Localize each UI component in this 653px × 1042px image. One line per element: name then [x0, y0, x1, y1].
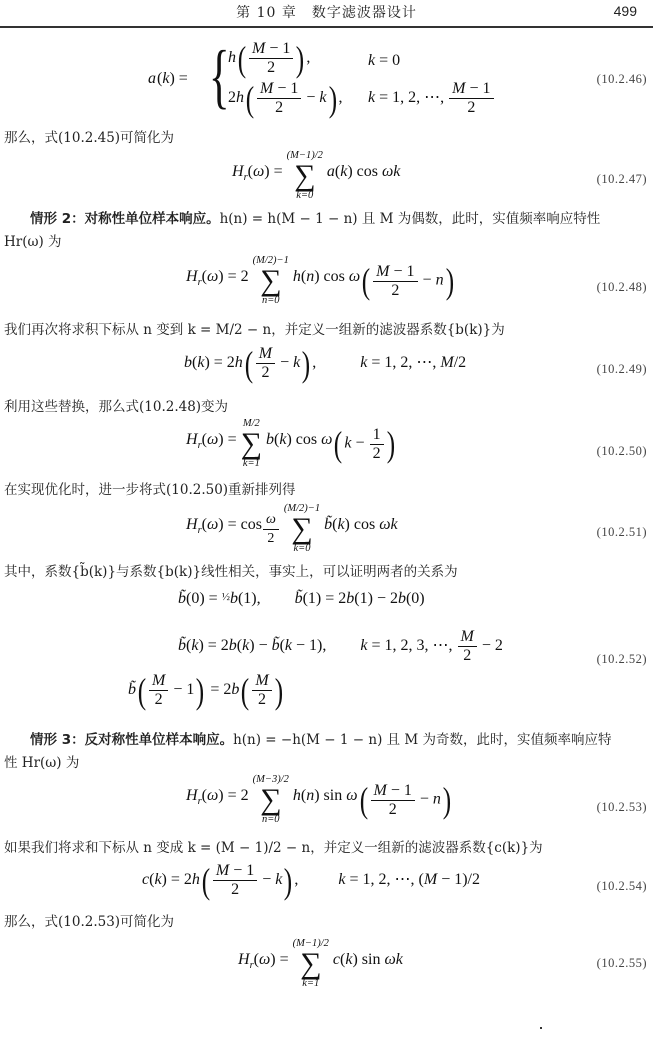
- case-heading: 情形 3：反对称性单位样本响应。: [30, 732, 233, 748]
- equation-10-2-53: Hr(ω) = 2 (M−3)/2∑n=0 h(n) sin ω(M − 12 …: [186, 774, 453, 826]
- paragraph-case-3: 情形 3：反对称性单位样本响应。h(n) = −h(M − 1 − n) 且 M…: [30, 730, 612, 750]
- equation-number: (10.2.54): [597, 879, 647, 894]
- paragraph: 其中，系数{b̃(k)}与系数{b(k)}线性相关，事实上，可以证明两者的关系为: [4, 562, 458, 582]
- equation-number: (10.2.53): [597, 800, 647, 815]
- paragraph-continuation: Hr(ω) 为: [4, 232, 62, 252]
- equation-10-2-52-line-3: b̃(M2 − 1) = 2b(M2): [128, 672, 285, 709]
- paragraph: 那么，式(10.2.45)可简化为: [4, 128, 174, 148]
- paragraph: 如果我们将求和下标从 n 变成 k = (M − 1)/2 − n，并定义一组新…: [4, 838, 543, 858]
- equation-number: (10.2.55): [597, 956, 647, 971]
- paragraph: 利用这些替换，那么式(10.2.48)变为: [4, 397, 228, 417]
- equation-10-2-52-line-1: b̃(0) = ½b(1),b̃(1) = 2b(1) − 2b(0): [178, 590, 425, 608]
- equation-number: (10.2.47): [597, 172, 647, 187]
- header-rule: [0, 26, 653, 28]
- chapter-header: 第 10 章 数字滤波器设计: [0, 2, 653, 22]
- equation-number: (10.2.50): [597, 444, 647, 459]
- paragraph-continuation: 性 Hr(ω) 为: [4, 753, 79, 773]
- equation-10-2-47: Hr(ω) = (M−1)/2∑k=0 a(k) cos ωk: [232, 150, 400, 202]
- case-heading: 情形 2：对称性单位样本响应。: [30, 211, 220, 227]
- stray-mark: [540, 1027, 542, 1029]
- paragraph: 那么，式(10.2.53)可简化为: [4, 912, 174, 932]
- equation-number: (10.2.46): [597, 72, 647, 87]
- equation-number: (10.2.51): [597, 525, 647, 540]
- equation-number: (10.2.49): [597, 362, 647, 377]
- equation-10-2-54: c(k) = 2h(M − 12 − k), k = 1, 2, ⋯, (M −…: [142, 862, 480, 899]
- paragraph-case-2: 情形 2：对称性单位样本响应。h(n) = h(M − 1 − n) 且 M 为…: [30, 209, 600, 229]
- equation-10-2-51: Hr(ω) = cosω2 (M/2)−1∑k=0 b̃(k) cos ωk: [186, 503, 398, 555]
- paragraph: 我们再次将求积下标从 n 变到 k = M/2 − n，并定义一组新的滤波器系数…: [4, 320, 505, 340]
- equation-10-2-55: Hr(ω) = (M−1)/2∑k=1 c(k) sin ωk: [238, 938, 403, 990]
- equation-number: (10.2.52): [597, 652, 647, 667]
- equation-number: (10.2.48): [597, 280, 647, 295]
- equation-10-2-48: Hr(ω) = 2 (M/2)−1∑n=0 h(n) cos ω(M − 12 …: [186, 255, 456, 307]
- page-number: 499: [614, 3, 637, 19]
- equation-10-2-52-line-2: b̃(k) = 2b(k) − b̃(k − 1),k = 1, 2, 3, ⋯…: [178, 628, 503, 665]
- equation-10-2-50: Hr(ω) = M/2∑k=1 b(k) cos ω(k − 12): [186, 418, 397, 470]
- equation-10-2-49: b(k) = 2h(M2 − k), k = 1, 2, ⋯, M/2: [184, 345, 466, 382]
- paragraph: 在实现优化时，进一步将式(10.2.50)重新排列得: [4, 480, 296, 500]
